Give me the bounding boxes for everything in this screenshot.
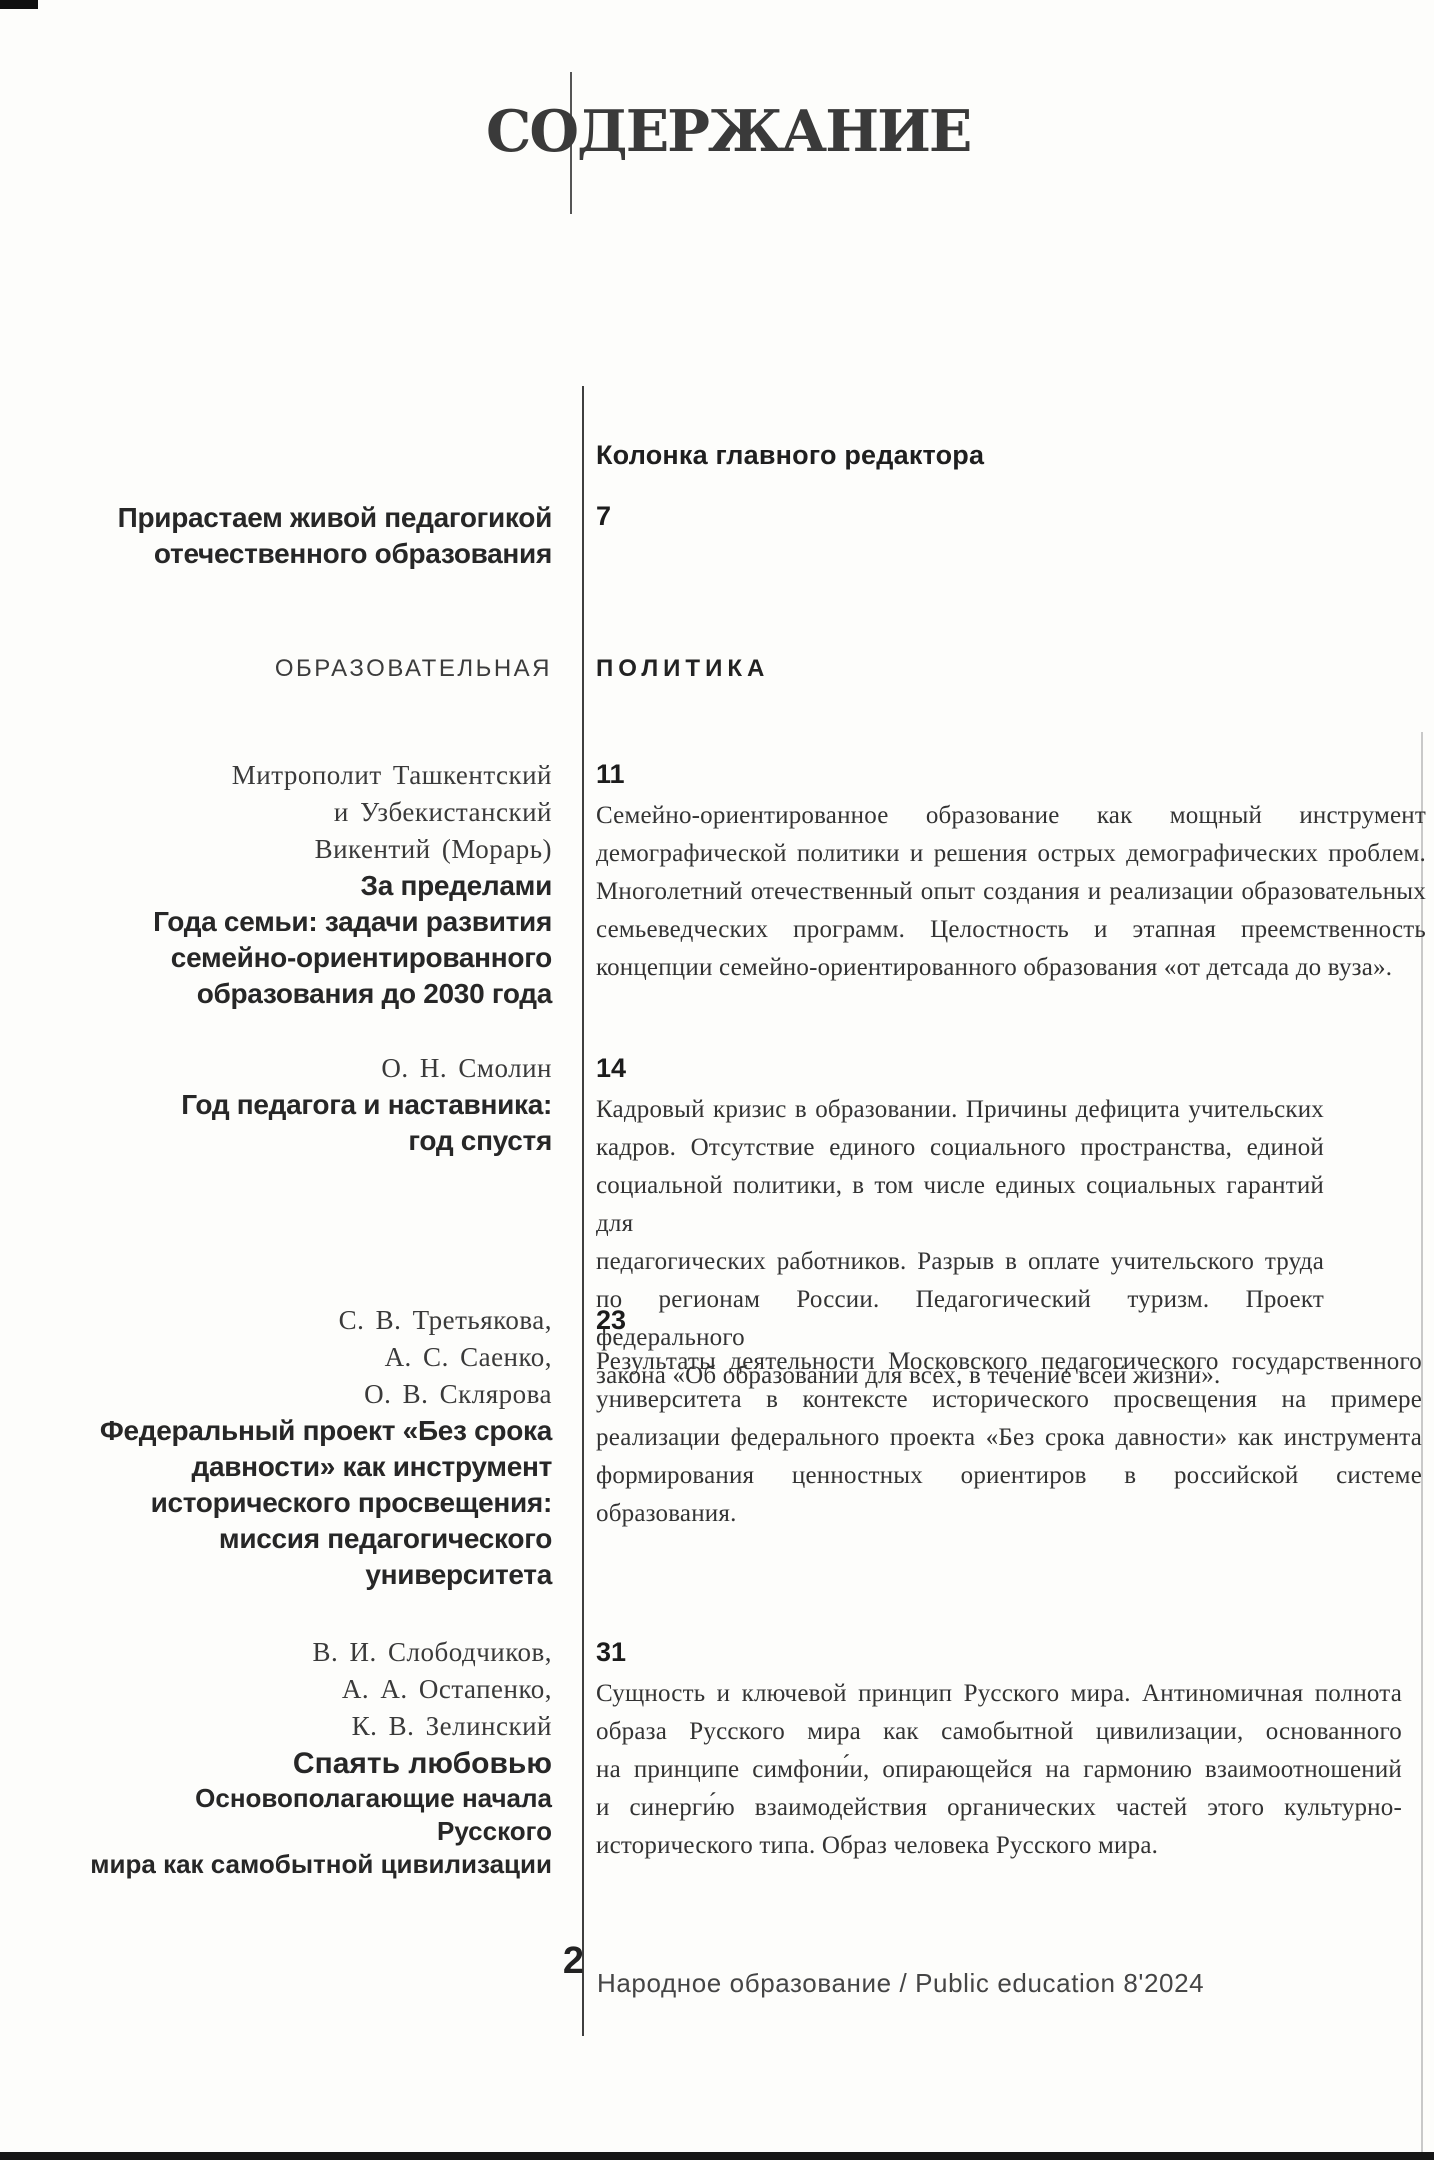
text-line: образования до 2030 года [76,976,552,1012]
toc-page: СОДЕРЖАНИЕ Колонка главного редактора Пр… [0,0,1434,2160]
footer-journal-title: Народное образование / Public education … [597,1968,1204,1999]
text-line: отечественного образования [76,536,552,572]
article-title: Год педагога и наставника:год спустя [76,1087,552,1159]
text-line: Кадровый кризис в образовании. Причины д… [596,1091,1324,1129]
page-number: 23 [596,1304,1422,1336]
text-line: год спустя [76,1123,552,1159]
text-line: Сущность и ключевой принцип Русского мир… [596,1675,1402,1713]
article-authors: О. Н. Смолин [76,1050,552,1087]
text-line: Семейно-ориентированное образование как … [596,797,1426,835]
section-header-left: ОБРАЗОВАТЕЛЬНАЯ [76,655,552,683]
article-block-right: 31 Сущность и ключевой принцип Русского … [596,1636,1402,1865]
page-title: СОДЕРЖАНИЕ [486,98,970,165]
text-line: и Узбекистанский [76,794,552,831]
text-line: С. В. Третьякова, [76,1302,552,1339]
text-line: исторического типа. Образ человека Русск… [596,1827,1402,1865]
text-line: реализации федерального проекта «Без сро… [596,1419,1422,1457]
text-line: образования. [596,1495,1422,1533]
text-line: семейно-ориентированного [76,940,552,976]
text-line: миссия педагогического [76,1521,552,1557]
text-line: мира как самобытной цивилизации [76,1848,552,1881]
section-label-editor-column: Колонка главного редактора [596,440,984,471]
column-divider-rule [582,386,584,2036]
scan-bottom-edge [0,2152,1434,2160]
text-line: педагогических работников. Разрыв в опла… [596,1243,1324,1281]
text-line: Года семьи: задачи развития [76,904,552,940]
article-summary: Результаты деятельности Московского педа… [596,1343,1422,1533]
article-title: Федеральный проект «Без срокадавности» к… [76,1413,552,1593]
text-line: В. И. Слободчиков, [76,1634,552,1671]
text-line: исторического просвещения: [76,1485,552,1521]
page-number: 7 [596,500,611,532]
text-line: За пределами [76,868,552,904]
text-line: университета [76,1557,552,1593]
article-block-left: С. В. Третьякова,А. С. Саенко,О. В. Скля… [76,1302,552,1593]
article-authors: В. И. Слободчиков,А. А. Остапенко,К. В. … [76,1634,552,1745]
text-line: и синерги́ю взаимодействия органических … [596,1789,1402,1827]
text-line: А. А. Остапенко, [76,1671,552,1708]
article-block-right: 23 Результаты деятельности Московского п… [596,1304,1422,1533]
text-line: К. В. Зелинский [76,1708,552,1745]
article-summary: Семейно-ориентированное образование как … [596,797,1426,987]
text-line: А. С. Саенко, [76,1339,552,1376]
text-line: давности» как инструмент [76,1449,552,1485]
text-line: О. Н. Смолин [76,1050,552,1087]
text-line: демографической политики и решения остры… [596,835,1426,873]
page-number: 11 [596,758,1426,790]
text-line: социальной политики, в том числе единых … [596,1167,1324,1243]
scan-corner-mark [0,0,38,9]
text-line: Викентий (Морарь) [76,831,552,868]
text-line: Прирастаем живой педагогикой [76,500,552,536]
text-line: семьеведческих программ. Целостность и э… [596,911,1426,949]
text-line: формирования ценностных ориентиров в рос… [596,1457,1422,1495]
text-line: Год педагога и наставника: [76,1087,552,1123]
text-line: Многолетний отечественный опыт создания … [596,873,1426,911]
text-line: концепции семейно-ориентированного образ… [596,949,1426,987]
article-block-left: В. И. Слободчиков,А. А. Остапенко,К. В. … [76,1634,552,1881]
article-summary: Сущность и ключевой принцип Русского мир… [596,1675,1402,1865]
text-line: университета в контексте исторического п… [596,1381,1422,1419]
article-subtitle: Основополагающие начала Русскогомира как… [76,1782,552,1881]
page-number: 31 [596,1636,1402,1668]
text-line: образа Русского мира как самобытной циви… [596,1713,1402,1751]
text-line: Федеральный проект «Без срока [76,1413,552,1449]
text-line: кадров. Отсутствие единого социального п… [596,1129,1324,1167]
page-number: 14 [596,1052,1324,1084]
article-title: За пределамиГода семьи: задачи развитияс… [76,868,552,1012]
article-block-left: Митрополит Ташкентскийи УзбекистанскийВи… [76,757,552,1012]
text-line: на принципе симфони́и, опирающейся на га… [596,1751,1402,1789]
text-line: Основополагающие начала Русского [76,1782,552,1848]
article-block-right: 11 Семейно-ориентированное образование к… [596,758,1426,987]
article-authors: Митрополит Ташкентскийи УзбекистанскийВи… [76,757,552,868]
text-line: Митрополит Ташкентский [76,757,552,794]
text-line: Результаты деятельности Московского педа… [596,1343,1422,1381]
article-block-left: О. Н. Смолин Год педагога и наставника:г… [76,1050,552,1159]
article-authors: С. В. Третьякова,А. С. Саенко,О. В. Скля… [76,1302,552,1413]
article-title-editor-column: Прирастаем живой педагогикойотечественно… [76,500,552,572]
footer-page-number: 2 [498,1940,584,1983]
article-title-main: Спаять любовью [76,1745,552,1782]
text-line: О. В. Склярова [76,1376,552,1413]
section-header-right: ПОЛИТИКА [596,655,769,683]
